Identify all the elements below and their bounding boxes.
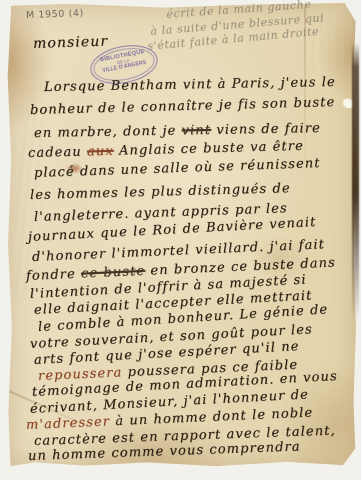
letter-text: cadeau <box>28 144 87 161</box>
stamp-text: VILLE D'ANGERS <box>92 58 158 76</box>
letter-text: en marbre, dont je <box>34 123 182 141</box>
struck-word: ce buste <box>81 264 146 282</box>
struck-word: aux <box>87 144 114 160</box>
manuscript-scan: M 1950 (4) écrit de la main gauche à la … <box>0 0 361 480</box>
letter-text: viens de faire <box>211 121 321 138</box>
struck-word: vint <box>181 123 211 139</box>
stamp-text: DE LA <box>91 53 157 71</box>
letter-text: fondre <box>26 267 82 284</box>
call-number: M 1950 (4) <box>26 8 84 21</box>
salutation: monsieur <box>33 33 109 52</box>
page-edge-shadow <box>352 42 359 320</box>
